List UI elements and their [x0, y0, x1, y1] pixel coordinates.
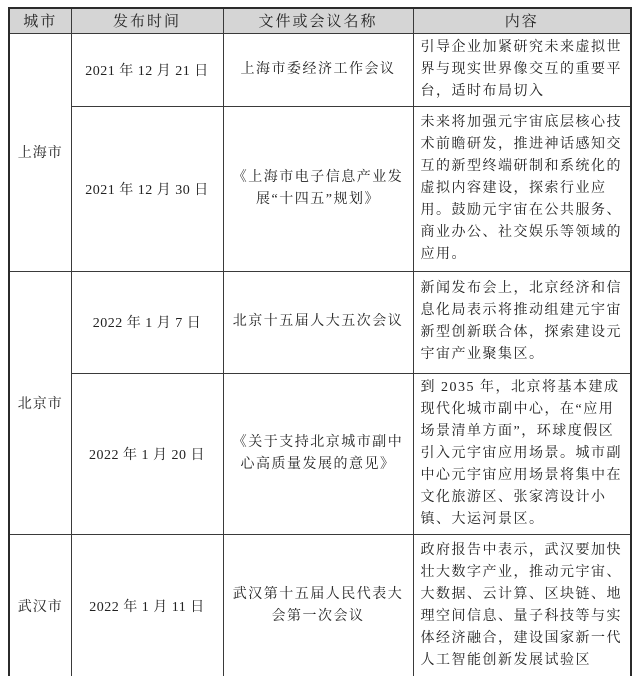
- date-cell: 2021 年 12 月 30 日: [71, 106, 223, 271]
- document-page: 城市 发布时间 文件或会议名称 内容 上海市 2021 年 12 月 21 日 …: [0, 0, 640, 676]
- city-cell-beijing: 北京市: [9, 271, 71, 534]
- col-header-city: 城市: [9, 8, 71, 33]
- date-cell: 2021 年 12 月 21 日: [71, 33, 223, 106]
- col-header-content: 内容: [413, 8, 631, 33]
- table-row-shanghai-2: 2021 年 12 月 30 日 《上海市电子信息产业发展“十四五”规划》 未来…: [9, 106, 631, 271]
- table-row-shanghai-1: 上海市 2021 年 12 月 21 日 上海市委经济工作会议 引导企业加紧研究…: [9, 33, 631, 106]
- col-header-doc: 文件或会议名称: [223, 8, 413, 33]
- content-cell: 引导企业加紧研究未来虚拟世界与现实世界像交互的重要平台，适时布局切入: [413, 33, 631, 106]
- date-cell: 2022 年 1 月 20 日: [71, 373, 223, 534]
- date-cell: 2022 年 1 月 11 日: [71, 534, 223, 676]
- table-row-wuhan-1: 武汉市 2022 年 1 月 11 日 武汉第十五届人民代表大会第一次会议 政府…: [9, 534, 631, 676]
- doc-cell: 《关于支持北京城市副中心高质量发展的意见》: [223, 373, 413, 534]
- metaverse-policy-table: 城市 发布时间 文件或会议名称 内容 上海市 2021 年 12 月 21 日 …: [8, 7, 632, 676]
- city-cell-shanghai: 上海市: [9, 33, 71, 271]
- content-cell: 未来将加强元宇宙底层核心技术前瞻研发，推进神话感知交互的新型终端研制和系统化的虚…: [413, 106, 631, 271]
- doc-cell: 武汉第十五届人民代表大会第一次会议: [223, 534, 413, 676]
- city-cell-wuhan: 武汉市: [9, 534, 71, 676]
- doc-cell: 上海市委经济工作会议: [223, 33, 413, 106]
- doc-cell: 北京十五届人大五次会议: [223, 271, 413, 373]
- content-cell: 到 2035 年，北京将基本建成现代化城市副中心，在“应用场景清单方面”，环球度…: [413, 373, 631, 534]
- content-cell: 新闻发布会上，北京经济和信息化局表示将推动组建元宇宙新型创新联合体，探索建设元宇…: [413, 271, 631, 373]
- content-cell: 政府报告中表示，武汉要加快壮大数字产业，推动元宇宙、大数据、云计算、区块链、地理…: [413, 534, 631, 676]
- table-row-beijing-2: 2022 年 1 月 20 日 《关于支持北京城市副中心高质量发展的意见》 到 …: [9, 373, 631, 534]
- date-cell: 2022 年 1 月 7 日: [71, 271, 223, 373]
- table-row-beijing-1: 北京市 2022 年 1 月 7 日 北京十五届人大五次会议 新闻发布会上，北京…: [9, 271, 631, 373]
- table-header-row: 城市 发布时间 文件或会议名称 内容: [9, 8, 631, 33]
- col-header-date: 发布时间: [71, 8, 223, 33]
- doc-cell: 《上海市电子信息产业发展“十四五”规划》: [223, 106, 413, 271]
